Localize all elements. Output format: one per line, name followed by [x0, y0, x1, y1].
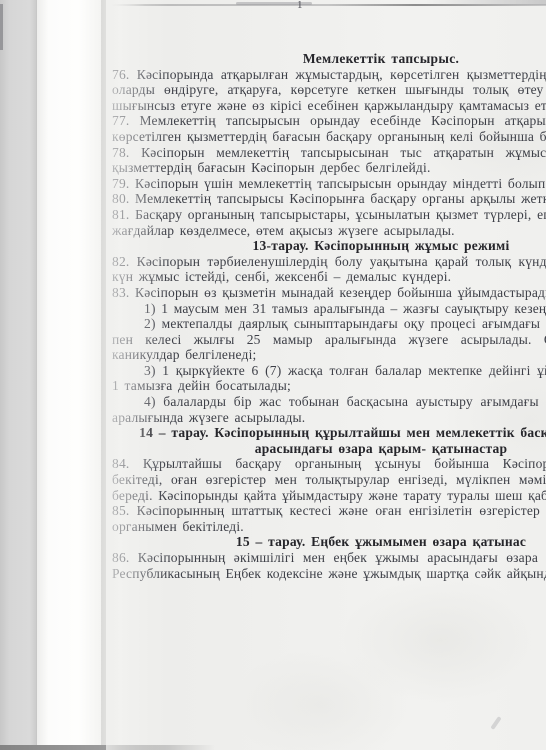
- paragraph-76: 76. Кәсіпорында атқарылған жұмыстардың, …: [112, 67, 546, 114]
- chapter-14-heading: 14 – тарау. Кәсіпорынның құрылтайшы мен …: [112, 425, 546, 456]
- paragraph-86: 86. Кәсіпорынның әкімшілігі мен еңбек ұж…: [112, 550, 546, 581]
- paragraph-81: 81. Басқару органының тапсырыстары, ұсын…: [112, 207, 546, 238]
- paragraph-84: 84. Құрылтайшы басқару органының ұсынуы …: [112, 456, 546, 503]
- document-text-column: Мемлекеттік тапсырыс. 76. Кәсіпорында ат…: [112, 51, 546, 581]
- section-title-state-order: Мемлекеттік тапсырыс.: [112, 51, 546, 67]
- chapter-15-heading: 15 – тарау. Еңбек ұжымымен өзара қатынас: [112, 534, 546, 550]
- list-item-3: 3) 1 қыркүйекте 6 (7) жасқа толған балал…: [112, 363, 546, 394]
- list-item-1: 1) 1 маусым мен 31 тамыз аралығында – жа…: [112, 301, 546, 317]
- scanner-left-gray-band: [0, 0, 37, 750]
- list-item-4: 4) балаларды бір жас тобынан басқасына а…: [112, 394, 546, 425]
- paragraph-77: 77. Мемлекеттің тапсырысын орындау есебі…: [112, 113, 546, 144]
- paragraph-83: 83. Кәсіпорын өз қызметін мынадай кезеңд…: [112, 285, 546, 301]
- list-item-2: 2) мектепалды даярлық сыныптарындағы оқу…: [112, 316, 546, 363]
- scanner-left-edge-line: [0, 4, 3, 50]
- faint-pen-mark: [490, 716, 501, 730]
- paragraph-80: 80. Мемлекеттің тапсырысы Кәсіпорынға ба…: [112, 191, 546, 207]
- chapter-13-heading: 13-тарау. Кәсіпорынның жұмыс режимі: [112, 238, 546, 254]
- page-number-mark: 1: [297, 0, 303, 10]
- paragraph-79: 79. Кәсіпорын үшін мемлекеттің тапсырысы…: [112, 176, 546, 192]
- scanned-page: 1 Мемлекеттік тапсырыс. 76. Кәсіпорында …: [0, 0, 546, 750]
- paragraph-82: 82. Кәсіпорын тәрбиеленушілердің болу уа…: [112, 254, 546, 285]
- scanner-top-right-shadow: [426, 0, 546, 5]
- paragraph-85: 85. Кәсіпорынның штаттық кестесі және оғ…: [112, 503, 546, 534]
- paragraph-78: 78. Кәсіпорын мемлекеттің тапсырысынан т…: [112, 145, 546, 176]
- scanner-bottom-edge-strip: [0, 745, 215, 750]
- paper-fold-highlight: [37, 0, 101, 750]
